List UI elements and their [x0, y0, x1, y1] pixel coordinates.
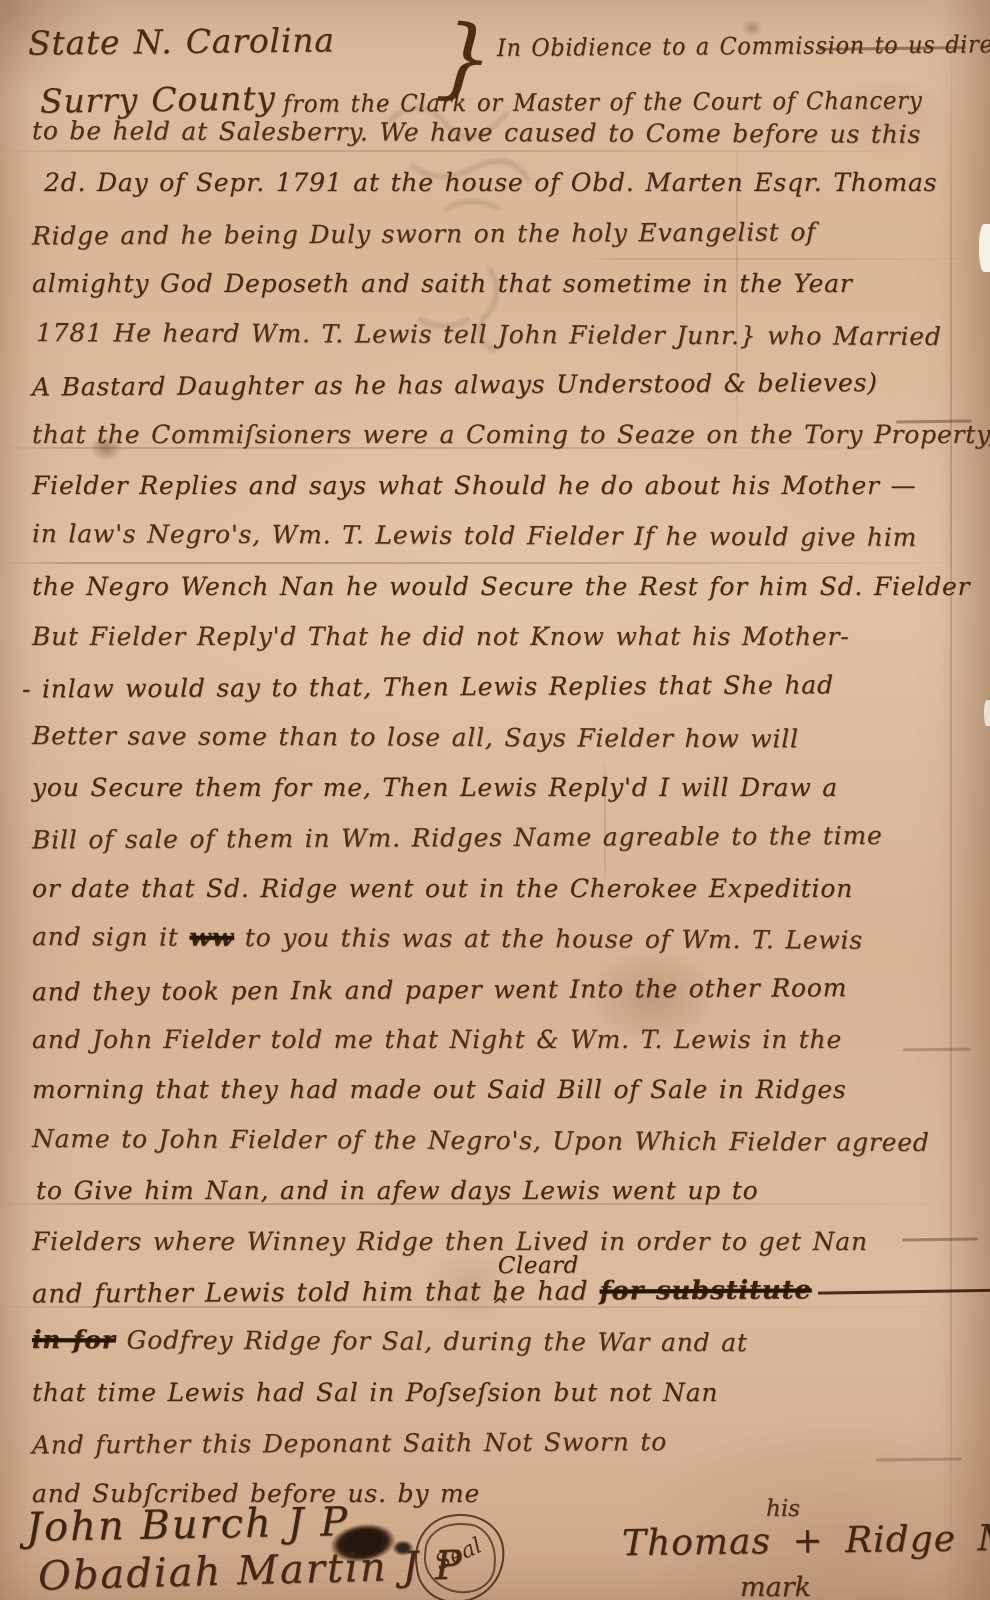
line-text: almighty God Deposeth and saith that som…	[32, 269, 853, 298]
line-text: A Bastard Daughter as he has always Unde…	[32, 368, 878, 401]
handwriting-line: - inlaw would say to that, Then Lewis Re…	[0, 660, 990, 716]
line-text: - inlaw would say to that, Then Lewis Re…	[22, 671, 834, 704]
line-text: morning that they had made out Said Bill…	[32, 1075, 847, 1104]
struck-text: in for	[32, 1325, 116, 1354]
signature-obadiah-martin: Obadiah Martin J P	[37, 1542, 464, 1599]
handwriting-line: Ridge and he being Duly sworn on the hol…	[0, 206, 990, 262]
line-text: the Negro Wench Nan he would Secure the …	[32, 572, 970, 601]
handwriting-line: and sign it ww to you this was at the ho…	[0, 912, 990, 967]
line-text: Ridge and he being Duly sworn on the hol…	[32, 217, 816, 250]
handwriting-line: Fielders where Winney Ridge then Lived i…	[0, 1217, 990, 1267]
line-text: 2d. Day of Sepr. 1791 at the house of Ob…	[44, 168, 937, 197]
handwriting-line: and further Lewis told him that he had f…	[0, 1264, 990, 1320]
line-text: Better save some than to lose all, Says …	[32, 721, 799, 753]
maker-last-name: Ridge Mega	[845, 1517, 990, 1561]
handwriting-line: and they took pen Ink and paper went Int…	[0, 962, 990, 1018]
handwriting-line: in for Godfrey Ridge for Sal, during the…	[0, 1315, 990, 1370]
handwriting-line: A Bastard Daughter as he has always Unde…	[0, 357, 990, 413]
handwriting-line: the Negro Wench Nan he would Secure the …	[0, 562, 990, 612]
line-text: to Give him Nan, and in afew days Lewis …	[36, 1176, 759, 1205]
handwriting-line: and John Fielder told me that Night & Wm…	[0, 1015, 990, 1065]
handwriting-line: But Fielder Reply'd That he did not Know…	[0, 612, 990, 662]
struck-text: for substitute	[599, 1274, 990, 1306]
seal-doodle: Seal	[409, 1508, 510, 1600]
line-text: Fielders where Winney Ridge then Lived i…	[32, 1227, 868, 1256]
line-text: But Fielder Reply'd That he did not Know…	[32, 622, 850, 651]
mark-cross: +	[792, 1520, 824, 1561]
line-text: Fielder Replies and says what Should he …	[32, 471, 916, 500]
signature-john-burch: John Burch J P	[26, 1499, 350, 1551]
handwriting-line: you Secure them for me, Then Lewis Reply…	[0, 763, 990, 813]
line-text: and sign it	[32, 922, 190, 952]
handwriting-line: Fielder Replies and says what Should he …	[0, 461, 990, 511]
line-text: And further this Deponant Saith Not Swor…	[32, 1427, 667, 1459]
handwriting-line: 2d. Day of Sepr. 1791 at the house of Ob…	[0, 158, 990, 208]
handwriting-line: Better save some than to lose all, Says …	[0, 711, 990, 766]
handwriting-line: or date that Sd. Ridge went out in the C…	[0, 864, 990, 914]
header-state: State N. Carolina	[28, 20, 335, 62]
maker-first-name: Thomas	[622, 1521, 772, 1564]
handwriting-line: in law's Negro's, Wm. T. Lewis told Fiel…	[0, 509, 990, 564]
struck-text: ww	[189, 923, 234, 952]
his-label: his	[766, 1496, 800, 1522]
line-text: that the Commiſsioners were a Coming to …	[32, 420, 990, 449]
line-text: Bill of sale of them in Wm. Ridges Name …	[32, 821, 883, 854]
line-text: 1781 He heard Wm. T. Lewis tell John Fie…	[36, 318, 942, 351]
line-text: to be held at Salesberry. We have caused…	[32, 116, 921, 149]
line-text: Name to John Fielder of the Negro's, Upo…	[32, 1124, 930, 1157]
handwriting-line: to Give him Nan, and in afew days Lewis …	[0, 1166, 990, 1216]
line-text: and they took pen Ink and paper went Int…	[32, 973, 847, 1006]
document-page: State N. Carolina Surry County } In Obid…	[0, 0, 990, 1600]
handwriting-line: almighty God Deposeth and saith that som…	[0, 259, 990, 309]
handwriting-line: Name to John Fielder of the Negro's, Upo…	[0, 1114, 990, 1169]
deposition-body: to be held at Salesberry. We have caused…	[0, 108, 990, 1519]
line-text: to you this was at the house of Wm. T. L…	[234, 923, 863, 955]
inserted-word: Cleard	[498, 1241, 579, 1292]
handwriting-line: morning that they had made out Said Bill…	[0, 1065, 990, 1115]
seal-label: Seal	[432, 1533, 486, 1575]
line-text: Godfrey Ridge for Sal, during the War an…	[116, 1326, 748, 1358]
line-text: and John Fielder told me that Night & Wm…	[32, 1025, 842, 1054]
line-text: you Secure them for me, Then Lewis Reply…	[32, 773, 838, 802]
signature-thomas-ridge: Thomas + Ridge Mega	[622, 1517, 990, 1564]
line-text: or date that Sd. Ridge went out in the C…	[32, 874, 853, 903]
handwriting-line: that the Commiſsioners were a Coming to …	[0, 410, 990, 460]
handwriting-line: to be held at Salesberry. We have caused…	[0, 106, 990, 161]
handwriting-line: that time Lewis had Sal in Poſseſsion bu…	[0, 1368, 990, 1418]
handwriting-line: 1781 He heard Wm. T. Lewis tell John Fie…	[0, 307, 990, 362]
line-text: in law's Negro's, Wm. T. Lewis told Fiel…	[32, 519, 917, 552]
handwriting-line: Bill of sale of them in Wm. Ridges Name …	[0, 811, 990, 867]
line-text: that time Lewis had Sal in Poſseſsion bu…	[32, 1378, 718, 1407]
handwriting-line: And further this Deponant Saith Not Swor…	[0, 1416, 990, 1472]
header-opening-line: In Obidience to a Commission to us direc…	[497, 30, 990, 62]
mark-label: mark	[740, 1572, 811, 1600]
